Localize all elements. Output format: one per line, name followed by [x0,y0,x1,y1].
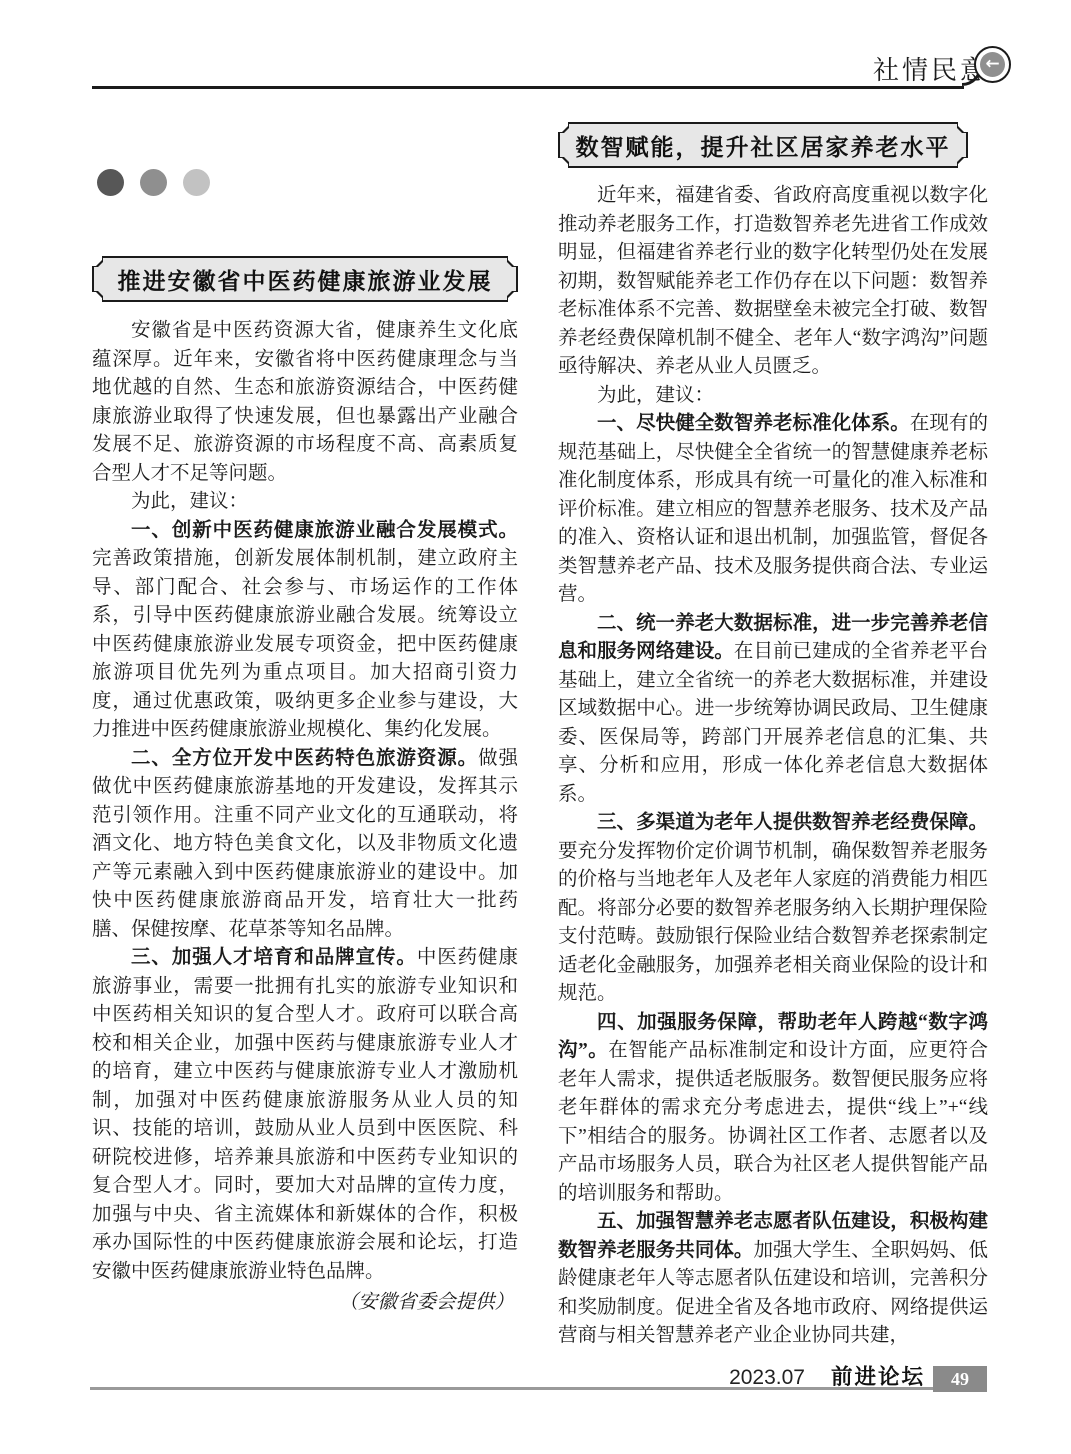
paragraph: 三、加强人才培育和品牌宣传。中医药健康旅游事业，需要一批拥有扎实的旅游专业知识和… [92,944,518,1286]
article-byline: （安徽省委会提供） [92,1288,514,1318]
article-right: 数智赋能，提升社区居家养老水平 近年来，福建省委、省政府高度重视以数字化推动养老… [558,122,988,1351]
paragraph-body: 为此，建议： [131,491,248,512]
paragraph-body: 要充分发挥物价定价调节机制，确保数智养老服务的价格与当地老年人及老年人家庭的消费… [558,841,988,1005]
paragraph: 为此，建议： [92,488,518,517]
dot-light [183,169,210,196]
paragraph-body: 在现有的规范基础上，尽快健全全省统一的智慧健康养老标准化制度体系，形成具有统一可… [558,413,988,605]
paragraph: 二、统一养老大数据标准，进一步完善养老信息和服务网络建设。在目前已建成的全省养老… [558,610,988,810]
paragraph-lead: 一、创新中医药健康旅游业融合发展模式。 [131,520,518,541]
footer-page-number-badge: 49 [933,1366,987,1392]
footer-text: 2023.07 前进论坛 [560,1360,925,1391]
section-label: 社情民意 [873,50,989,87]
decorative-dots [97,169,210,196]
magazine-page: 社情民意 ← 推进安徽省中医药健康旅游业发展 安徽省是中医药资源大省，健康养生文… [0,0,1071,1454]
paragraph: 一、创新中医药健康旅游业融合发展模式。完善政策措施，创新发展体制机制，建立政府主… [92,517,518,745]
paragraph: 四、加强服务保障，帮助老年人跨越“数字鸿沟”。在智能产品标准制定和设计方面，应更… [558,1009,988,1209]
dot-medium [140,169,167,196]
footer-page-number: 49 [951,1369,969,1390]
header-rule [92,86,964,89]
paragraph-lead: 二、全方位开发中医药特色旅游资源。 [131,748,478,769]
paragraph: 五、加强智慧养老志愿者队伍建设，积极构建数智养老服务共同体。加强大学生、全职妈妈… [558,1208,988,1351]
back-arrow-icon: ← [980,52,1005,77]
paragraph-lead: 一、尽快健全数智养老标准化体系。 [597,413,910,434]
paragraph-body: 在智能产品标准制定和设计方面，应更符合老年人需求，提供适老版服务。数智便民服务应… [558,1040,988,1204]
paragraph: 为此，建议： [558,382,988,411]
article-left-title: 推进安徽省中医药健康旅游业发展 [94,258,516,300]
paragraph-lead: 三、多渠道为老年人提供数智养老经费保障。 [597,812,988,833]
paragraph-body: 完善政策措施，创新发展体制机制，建立政府主导、部门配合、社会参与、市场运作的工作… [92,548,518,740]
paragraph-lead: 三、加强人才培育和品牌宣传。 [131,947,417,968]
paragraph-body: 安徽省是中医药资源大省，健康养生文化底蕴深厚。近年来，安徽省将中医药健康理念与当… [92,320,518,484]
paragraph-body: 做强做优中医药健康旅游基地的开发建设，发挥其示范引领作用。注重不同产业文化的互通… [92,748,518,940]
paragraph-body: 近年来，福建省委、省政府高度重视以数字化推动养老服务工作，打造数智养老先进省工作… [558,185,988,377]
paragraph: 二、全方位开发中医药特色旅游资源。做强做优中医药健康旅游基地的开发建设，发挥其示… [92,745,518,945]
paragraph-body: 在目前已建成的全省养老平台基础上，建立全省统一的养老大数据标准，并建设区域数据中… [558,641,988,805]
article-left-title-box: 推进安徽省中医药健康旅游业发展 [92,256,518,302]
back-circle-icon: ← [974,46,1011,83]
article-right-title: 数智赋能，提升社区居家养老水平 [560,124,966,166]
paragraph: 三、多渠道为老年人提供数智养老经费保障。要充分发挥物价定价调节机制，确保数智养老… [558,809,988,1009]
paragraph-body: 为此，建议： [597,385,714,406]
paragraph: 安徽省是中医药资源大省，健康养生文化底蕴深厚。近年来，安徽省将中医药健康理念与当… [92,317,518,488]
article-right-title-box: 数智赋能，提升社区居家养老水平 [558,122,968,168]
paragraph-body: 中医药健康旅游事业，需要一批拥有扎实的旅游专业知识和中医药相关知识的复合型人才。… [92,947,518,1282]
paragraph: 一、尽快健全数智养老标准化体系。在现有的规范基础上，尽快健全全省统一的智慧健康养… [558,410,988,610]
footer-issue-date: 2023.07 [729,1366,805,1389]
article-left: 推进安徽省中医药健康旅游业发展 安徽省是中医药资源大省，健康养生文化底蕴深厚。近… [92,256,518,1318]
paragraph: 近年来，福建省委、省政府高度重视以数字化推动养老服务工作，打造数智养老先进省工作… [558,182,988,382]
dot-dark [97,169,124,196]
footer-journal-name: 前进论坛 [831,1365,925,1389]
